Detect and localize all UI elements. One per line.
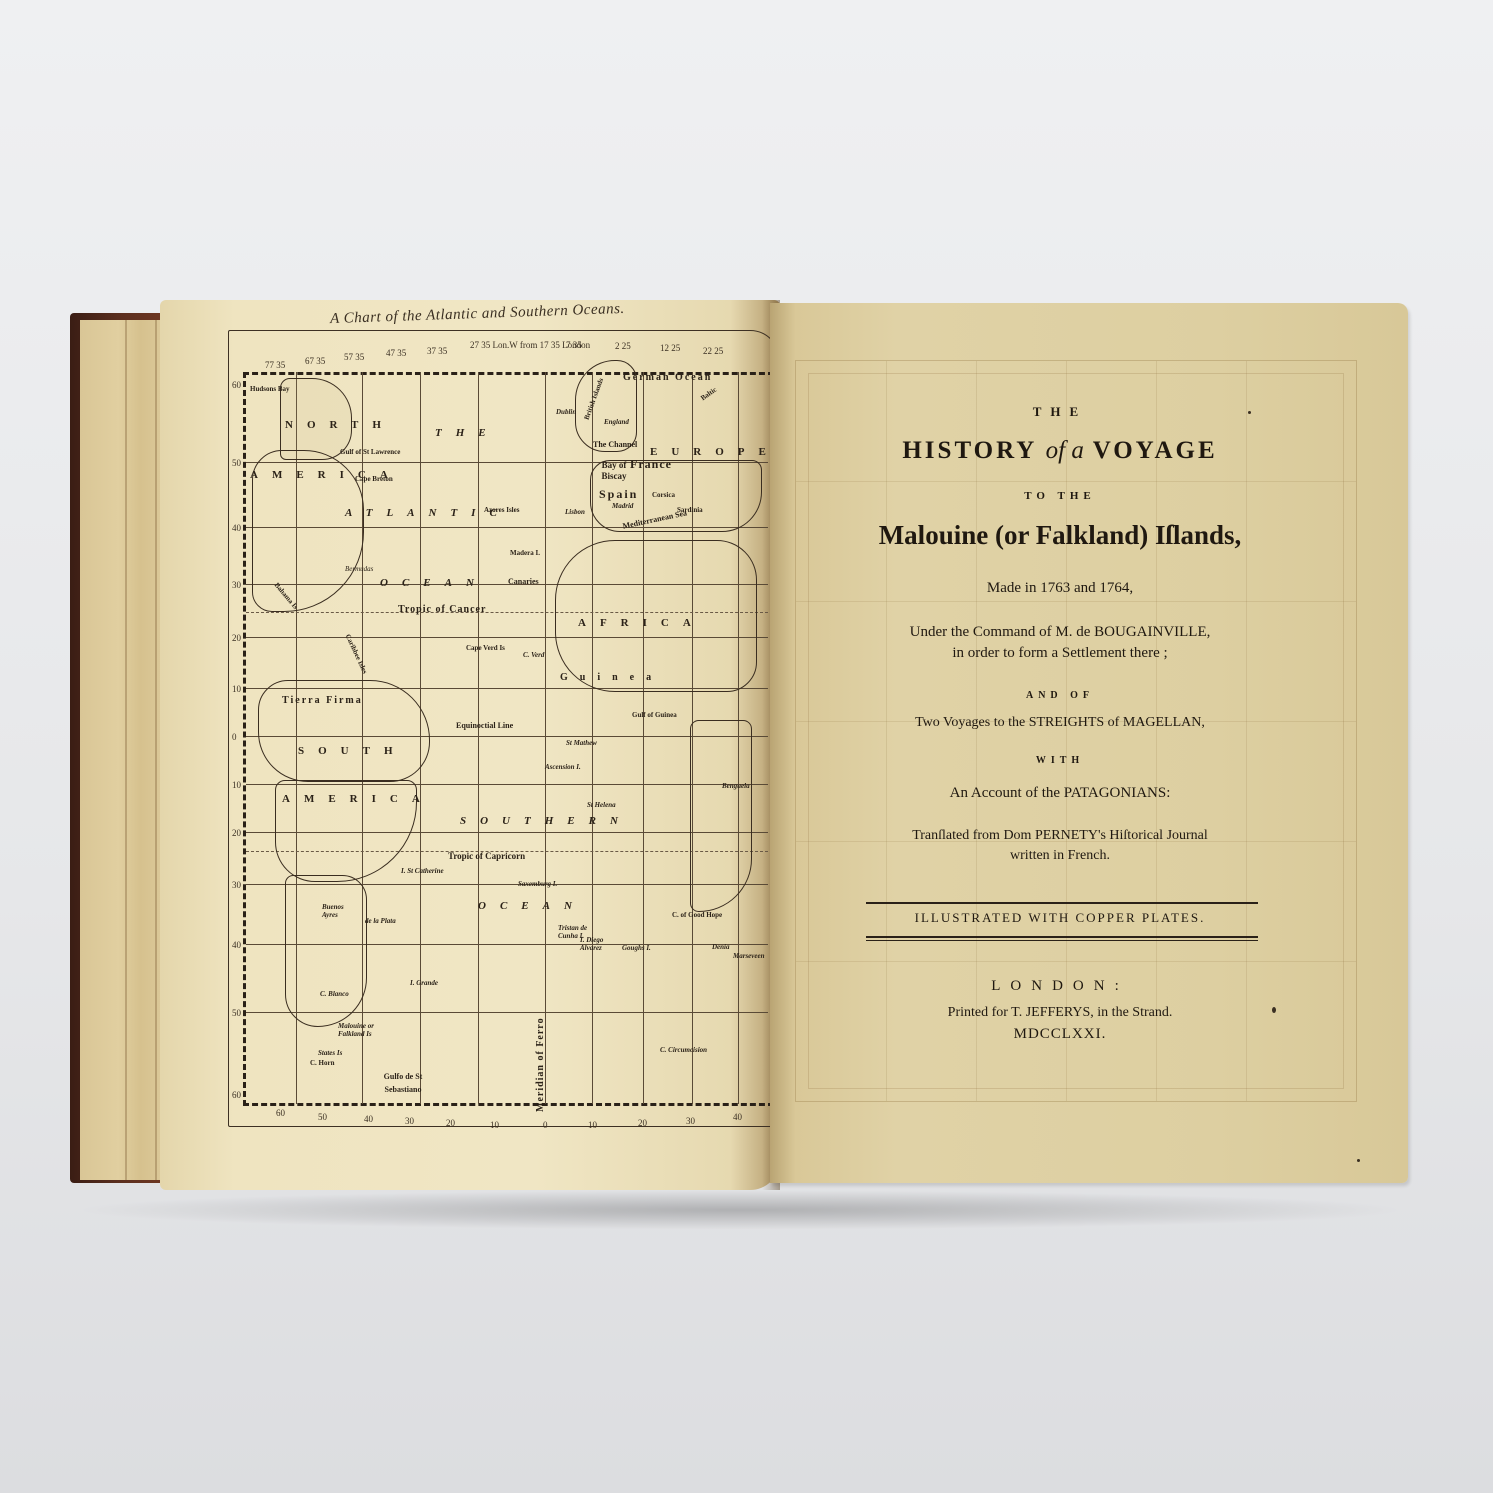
- label-st-helena: St Helena: [587, 801, 616, 809]
- label-meridian-ferro: Meridian of Ferro: [535, 1017, 546, 1112]
- africa-south: [690, 720, 752, 912]
- subtitle-two-voyages: Two Voyages to the STREIGHTS of MAGELLAN…: [840, 715, 1280, 731]
- lon-label: 0: [543, 1120, 548, 1130]
- lon-label: 20: [638, 1118, 647, 1128]
- title-voyage: VOYAGE: [1093, 437, 1218, 464]
- label-buenos-ayres: Buenos Ayres: [322, 903, 354, 919]
- lat-label: 10: [232, 780, 241, 790]
- lon-label: 50: [318, 1112, 327, 1122]
- label-c-blanco: C. Blanco: [320, 990, 349, 998]
- label-st-catherine: I. St Catherine: [401, 867, 444, 875]
- lon-label: 67 35: [305, 356, 325, 366]
- label-german-ocean: German Ocean: [623, 372, 712, 383]
- meridian-line: [545, 372, 546, 1104]
- lon-label: 40: [364, 1114, 373, 1124]
- lat-label: 30: [232, 580, 241, 590]
- lon-label: 77 35: [265, 360, 285, 370]
- lon-label: 10: [588, 1120, 597, 1130]
- label-spain: Spain: [599, 487, 638, 502]
- label-marseveen: Marseveen: [733, 952, 765, 960]
- lon-label: 40: [733, 1112, 742, 1122]
- label-benguela: Benguela: [722, 782, 750, 790]
- label-madrid: Madrid: [612, 502, 633, 510]
- book-shadow: [70, 1190, 1410, 1230]
- label-c-verd: C. Verd: [523, 651, 544, 659]
- label-tierra-firma: Tierra Firma: [282, 695, 363, 706]
- subtitle-made: Made in 1763 and 1764,: [840, 580, 1280, 597]
- patagonia-landmass: [285, 875, 367, 1027]
- lat-label: 30: [232, 880, 241, 890]
- lon-label: 47 35: [386, 348, 406, 358]
- lon-label: 37 35: [427, 346, 447, 356]
- title-to-the: TO THE: [840, 490, 1280, 502]
- lon-label: 22 25: [703, 346, 723, 356]
- label-ocean: OCEAN: [380, 577, 488, 589]
- lat-label: 0: [232, 732, 237, 742]
- lon-label: 12 25: [660, 343, 680, 353]
- label-corsica: Corsica: [652, 491, 675, 499]
- label-bay-of-biscay: Bay of Biscay: [594, 460, 634, 482]
- subtitle-under-command: Under the Command of M. de BOUGAINVILLE,: [840, 624, 1280, 641]
- title-the: THE: [840, 404, 1280, 420]
- label-southern: SOUTHERN: [460, 815, 632, 827]
- title-history: HISTORY: [902, 437, 1036, 464]
- lon-label: 30: [686, 1116, 695, 1126]
- label-france: France: [630, 457, 672, 472]
- label-america-south: AMERICA: [282, 793, 434, 805]
- lat-label: 60: [232, 380, 241, 390]
- lat-label: 50: [232, 458, 241, 468]
- label-canaries: Canaries: [508, 577, 539, 586]
- title-history-of-a-voyage: HISTORY of a VOYAGE: [840, 437, 1280, 465]
- meridian-line: [478, 372, 479, 1104]
- lon-label: 7 35: [566, 340, 582, 350]
- subtitle-translated: Tranſlated from Dom PERNETY's Hiſtorical…: [840, 828, 1280, 844]
- lon-label: 2 25: [615, 341, 631, 351]
- subtitle-and-of: AND OF: [840, 690, 1280, 701]
- illustrated-note: ILLUSTRATED WITH COPPER PLATES.: [840, 910, 1280, 926]
- divider-rule: [866, 940, 1258, 941]
- imprint-printer: Printed for T. JEFFERYS, in the Strand.: [840, 1005, 1280, 1021]
- lat-label: 40: [232, 940, 241, 950]
- label-st-mathew: St Mathew: [566, 739, 597, 747]
- label-england: England: [604, 418, 629, 426]
- label-ocean-south: OCEAN: [478, 900, 586, 912]
- title-islands: Malouine (or Falkland) Iſlands,: [840, 520, 1280, 551]
- label-south: SOUTH: [298, 745, 407, 757]
- label-de-la-plata: de la Plata: [365, 917, 396, 925]
- foxing-spot: [1272, 1007, 1276, 1013]
- subtitle-account: An Account of the PATAGONIANS:: [840, 785, 1280, 802]
- label-diego-alvarez: I. Diego Alvarez: [580, 936, 620, 952]
- label-falkland: Malouine or Falkland Is: [338, 1022, 398, 1038]
- lat-label: 50: [232, 1008, 241, 1018]
- label-the-channel: The Channel: [593, 440, 637, 449]
- label-lisbon: Lisbon: [565, 508, 585, 516]
- label-bermudas: Bermudas: [345, 565, 373, 573]
- label-azores: Azores Isles: [484, 506, 519, 514]
- label-africa: AFRICA: [578, 617, 705, 629]
- label-states-i: States Is: [318, 1049, 342, 1057]
- foxing-spot: [1248, 411, 1251, 414]
- africa-north: [555, 540, 757, 692]
- lat-label: 20: [232, 828, 241, 838]
- lat-label: 20: [232, 633, 241, 643]
- label-tropic-cancer: Tropic of Cancer: [398, 604, 486, 615]
- label-cape-breton: Cape Breton: [355, 475, 393, 483]
- label-goughs: Goughs I.: [622, 944, 651, 952]
- label-dublin: Dublin: [556, 408, 576, 416]
- lon-label: 30: [405, 1116, 414, 1126]
- lat-label: 40: [232, 523, 241, 533]
- lon-label: 57 35: [344, 352, 364, 362]
- label-cape-verd-is: Cape Verd Is: [466, 644, 505, 652]
- lat-label: 10: [232, 684, 241, 694]
- lon-label: 10: [490, 1120, 499, 1130]
- title-of-a: of a: [1046, 437, 1084, 464]
- label-saxemburg: Saxemburg I.: [518, 880, 557, 888]
- lat-label: 60: [232, 1090, 241, 1100]
- label-gulfo-sebastiano: Gulfo de St Sebastiano: [378, 1070, 428, 1096]
- label-i-grande: I. Grande: [410, 979, 438, 987]
- divider-rule: [866, 902, 1258, 904]
- imprint-london: LONDON:: [840, 978, 1280, 995]
- label-circumcision: C. Circumcision: [660, 1046, 707, 1054]
- lon-label: 60: [276, 1108, 285, 1118]
- page-fold: [125, 320, 127, 1180]
- label-c-horn: C. Horn: [310, 1059, 335, 1067]
- page-fold: [155, 320, 157, 1180]
- label-equinoctial: Equinoctial Line: [456, 721, 513, 730]
- label-hudsons-bay: Hudsons Bay: [250, 385, 290, 393]
- label-guinea: Guinea: [560, 672, 663, 683]
- label-ascension: Ascension I.: [545, 763, 581, 771]
- foxing-spot: [1357, 1159, 1360, 1162]
- label-gulf-st-lawrence: Gulf of St Lawrence: [340, 448, 400, 456]
- label-good-hope: C. of Good Hope: [672, 911, 722, 919]
- divider-rule: [866, 936, 1258, 938]
- imprint-year: MDCCLXXI.: [840, 1026, 1280, 1043]
- lon-label: 20: [446, 1118, 455, 1128]
- subtitle-in-order: in order to form a Settlement there ;: [840, 645, 1280, 662]
- label-denia: Denia: [712, 943, 730, 951]
- label-north: NORTH: [285, 419, 395, 431]
- subtitle-with: WITH: [840, 755, 1280, 766]
- label-tropic-capricorn: Tropic of Capricorn: [448, 851, 525, 861]
- label-gulf-guinea: Gulf of Guinea: [632, 711, 677, 719]
- label-the: THE: [435, 427, 500, 439]
- label-madera: Madera I.: [510, 549, 540, 557]
- subtitle-written: written in French.: [840, 848, 1280, 864]
